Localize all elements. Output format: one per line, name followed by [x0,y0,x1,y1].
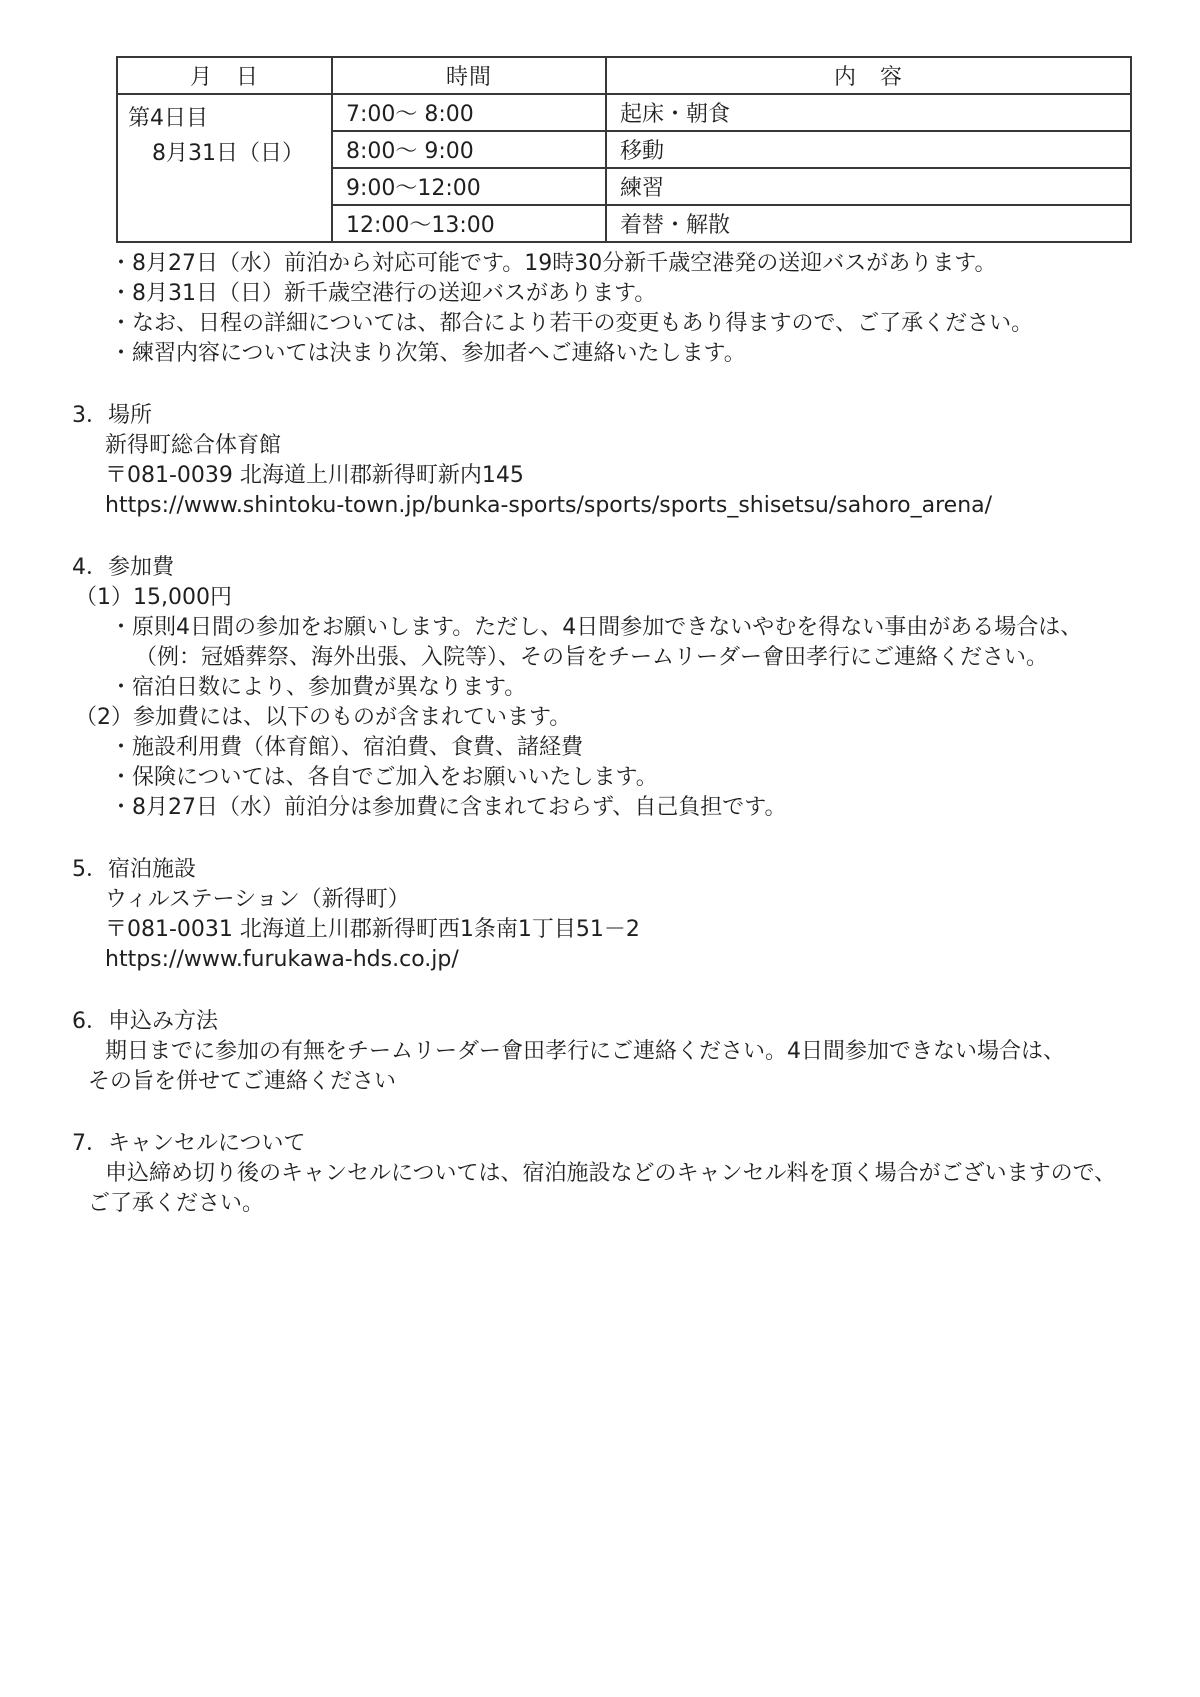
document-page: 月 日 時間 内 容 第4日目 8月31日（日） 7:00～ 8:00 起床・朝… [0,0,1200,1219]
schedule-notes: ・8月27日（水）前泊から対応可能です。19時30分新千歳空港発の送迎バスがあり… [110,249,1200,369]
cancellation-line1: 申込締め切り後のキャンセルについては、宿泊施設などのキャンセル料を頂く場合がござ… [105,1159,1200,1189]
table-row: 第4日目 8月31日（日） 7:00～ 8:00 起床・朝食 [117,94,1131,131]
note-line-1: ・8月27日（水）前泊から対応可能です。19時30分新千歳空港発の送迎バスがあり… [110,249,1200,279]
time-cell: 7:00～ 8:00 [332,94,606,131]
day-label-line2: 8月31日（日） [128,136,327,171]
day-cell: 第4日目 8月31日（日） [117,94,332,242]
section-application: 6．申込み方法 期日までに参加の有無をチームリーダー會田孝行にご連絡ください。4… [72,1007,1200,1097]
note-line-3: ・なお、日程の詳細については、都合により若干の変更もあり得ますので、ご了承くださ… [110,309,1200,339]
day-label-line1: 第4日目 [128,101,327,136]
section-fee: 4．参加費 （1）15,000円 ・原則4日間の参加をお願いします。ただし、4日… [72,553,1200,823]
section-application-heading: 6．申込み方法 [72,1007,1200,1037]
lodging-address: 〒081-0031 北海道上川郡新得町西1条南1丁目51－2 [105,915,1200,945]
content-cell: 起床・朝食 [606,94,1131,131]
column-header-time: 時間 [332,57,606,94]
application-line2: その旨を併せてご連絡ください [88,1067,1200,1097]
column-header-date: 月 日 [117,57,332,94]
place-address: 〒081-0039 北海道上川郡新得町新内145 [105,461,1200,491]
content-cell: 移動 [606,131,1131,168]
place-url-link[interactable]: https://www.shintoku-town.jp/bunka-sport… [105,491,1200,521]
section-fee-heading: 4．参加費 [72,553,1200,583]
fee-item1-bullet2: ・宿泊日数により、参加費が異なります。 [110,673,1200,703]
note-line-2: ・8月31日（日）新千歳空港行の送迎バスがあります。 [110,279,1200,309]
time-cell: 8:00～ 9:00 [332,131,606,168]
fee-item2-bullet3: ・8月27日（水）前泊分は参加費に含まれておらず、自己負担です。 [110,793,1200,823]
fee-item2-label: （2）参加費には、以下のものが含まれています。 [75,703,1200,733]
column-header-content: 内 容 [606,57,1131,94]
fee-item1-bullet1-line1: ・原則4日間の参加をお願いします。ただし、4日間参加できないやむを得ない事由があ… [110,613,1200,643]
application-line1: 期日までに参加の有無をチームリーダー會田孝行にご連絡ください。4日間参加できない… [105,1037,1200,1067]
section-lodging-heading: 5．宿泊施設 [72,855,1200,885]
section-place-heading: 3．場所 [72,401,1200,431]
time-cell: 12:00～13:00 [332,205,606,242]
place-venue-name: 新得町総合体育館 [105,431,1200,461]
cancellation-line2: ご了承ください。 [88,1189,1200,1219]
schedule-table: 月 日 時間 内 容 第4日目 8月31日（日） 7:00～ 8:00 起床・朝… [116,56,1132,243]
section-cancellation: 7．キャンセルについて 申込締め切り後のキャンセルについては、宿泊施設などのキャ… [72,1129,1200,1219]
fee-item2-bullet2: ・保険については、各自でご加入をお願いいたします。 [110,763,1200,793]
fee-item1-bullet1-line2: （例：冠婚葬祭、海外出張、入院等）、その旨をチームリーダー會田孝行にご連絡くださ… [135,643,1200,673]
section-place: 3．場所 新得町総合体育館 〒081-0039 北海道上川郡新得町新内145 h… [72,401,1200,521]
content-cell: 着替・解散 [606,205,1131,242]
time-cell: 9:00～12:00 [332,168,606,205]
fee-item1-label: （1）15,000円 [75,583,1200,613]
fee-item2-bullet1: ・施設利用費（体育館）、宿泊費、食費、諸経費 [110,733,1200,763]
lodging-name: ウィルステーション（新得町） [105,885,1200,915]
section-lodging: 5．宿泊施設 ウィルステーション（新得町） 〒081-0031 北海道上川郡新得… [72,855,1200,975]
lodging-url-link[interactable]: https://www.furukawa-hds.co.jp/ [105,945,1200,975]
content-cell: 練習 [606,168,1131,205]
schedule-header-row: 月 日 時間 内 容 [117,57,1131,94]
section-cancellation-heading: 7．キャンセルについて [72,1129,1200,1159]
note-line-4: ・練習内容については決まり次第、参加者へご連絡いたします。 [110,339,1200,369]
